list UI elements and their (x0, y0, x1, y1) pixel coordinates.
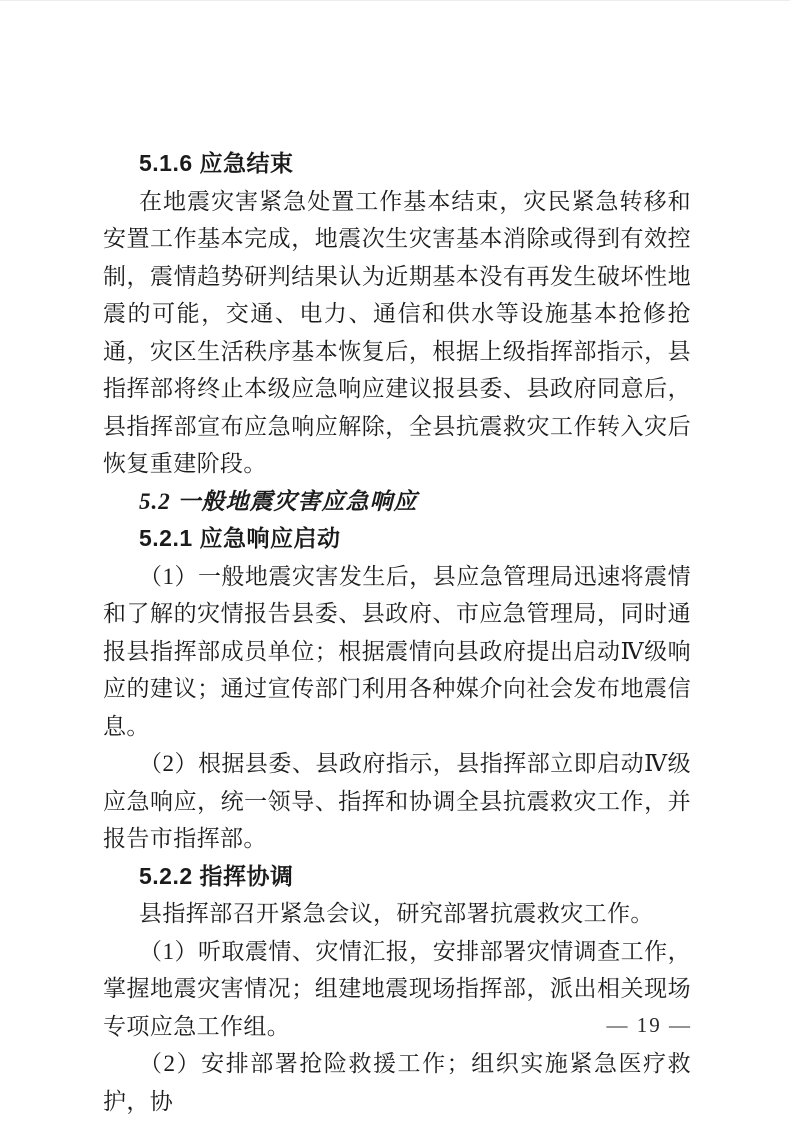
heading-5-2-2-command-coordination: 5.2.2 指挥协调 (103, 858, 691, 896)
paragraph-command-meeting: 县指挥部召开紧急会议，研究部署抗震救灾工作。 (103, 895, 691, 933)
heading-5-2-general-earthquake-response: 5.2 一般地震灾害应急响应 (103, 483, 691, 521)
heading-5-1-6-emergency-end: 5.1.6 应急结束 (103, 145, 691, 183)
document-page: 5.1.6 应急结束 在地震灾害紧急处置工作基本结束，灾民紧急转移和安置工作基本… (0, 0, 790, 1122)
paragraph-coordination-item-1: （1）听取震情、灾情汇报，安排部署灾情调查工作，掌握地震灾害情况；组建地震现场指… (103, 933, 691, 1046)
paragraph-response-activation-item-2: （2）根据县委、县政府指示，县指挥部立即启动Ⅳ级应急响应，统一领导、指挥和协调全… (103, 745, 691, 858)
paragraph-response-activation-item-1: （1）一般地震灾害发生后，县应急管理局迅速将震情和了解的灾情报告县委、县政府、市… (103, 558, 691, 746)
paragraph-coordination-item-2: （2）安排部署抢险救援工作；组织实施紧急医疗救护，协 (103, 1045, 691, 1120)
heading-5-2-1-response-activation: 5.2.1 应急响应启动 (103, 520, 691, 558)
document-body: 5.1.6 应急结束 在地震灾害紧急处置工作基本结束，灾民紧急转移和安置工作基本… (103, 145, 691, 1120)
page-number: — 19 — (607, 1013, 693, 1038)
paragraph-emergency-end-conditions: 在地震灾害紧急处置工作基本结束，灾民紧急转移和安置工作基本完成，地震次生灾害基本… (103, 183, 691, 483)
